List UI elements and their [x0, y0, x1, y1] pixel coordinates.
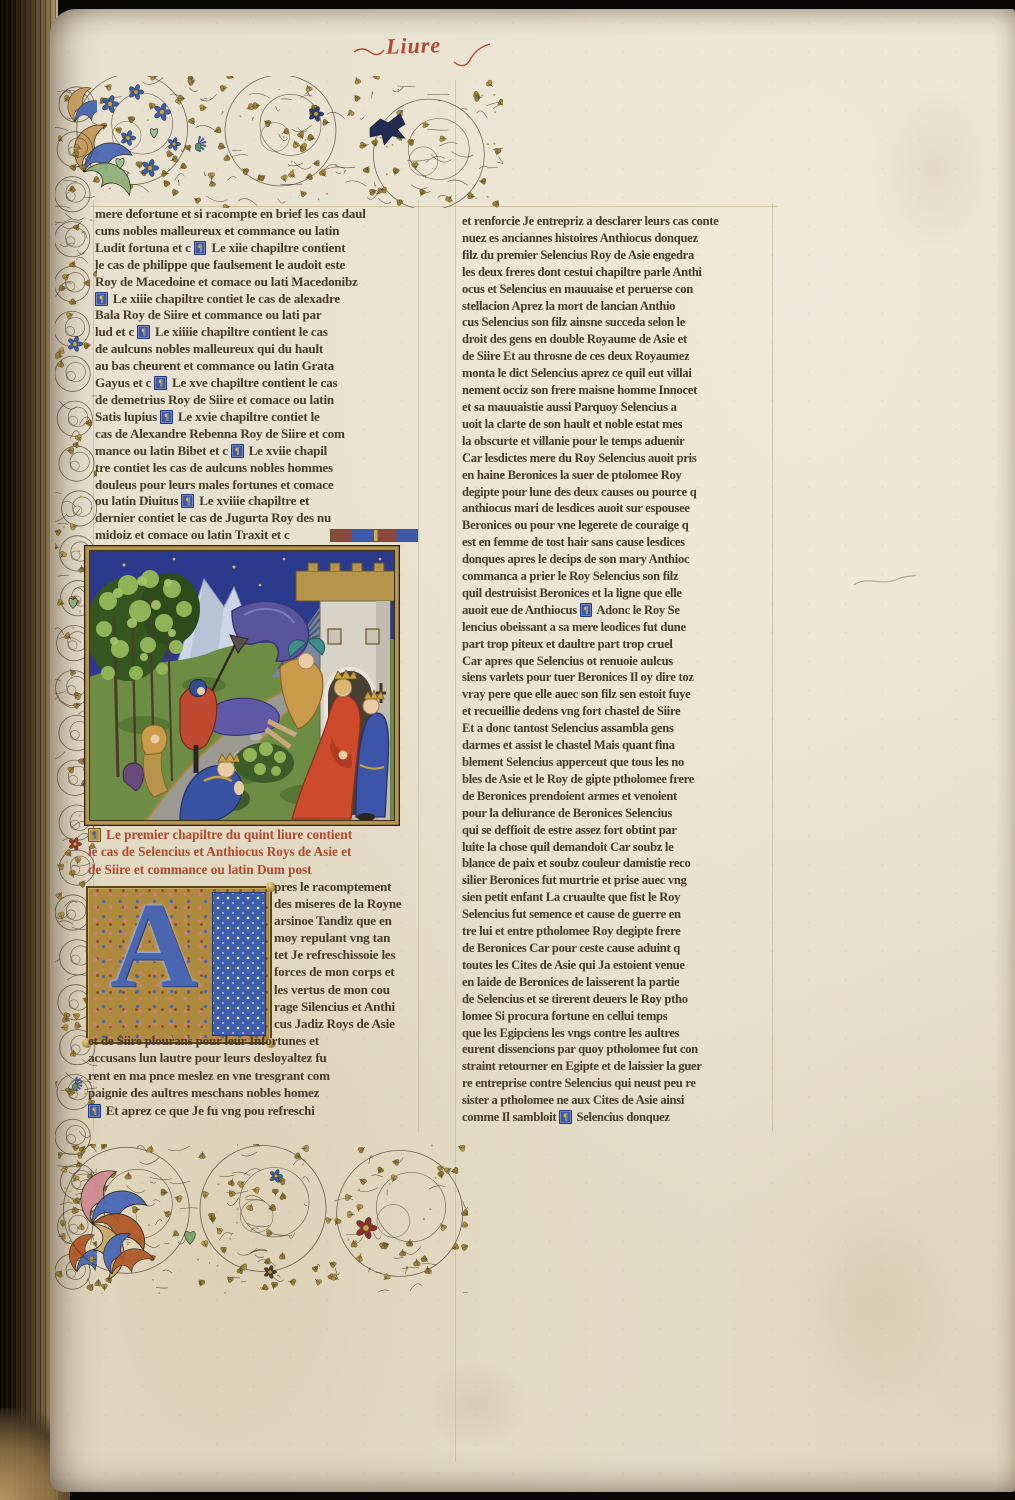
champ-initial: ¶ [181, 494, 194, 508]
text-line: ¶ Le xiiie chapiltre contiet le cas de a… [95, 291, 421, 308]
champ-initial: ¶ [95, 292, 108, 306]
vine-border-bottom [58, 1144, 468, 1294]
text-line: et recueillie dedens vng fort chastel de… [462, 703, 780, 720]
text-line: de demetrius Roy de Siire et comace ou l… [95, 392, 421, 409]
text-line: cus Jadiz Roys de Asie [274, 1015, 422, 1032]
champ-initial: ¶ [154, 376, 167, 390]
manuscript-photo: Liure mere defortune et si racompte en b… [0, 0, 1015, 1500]
text-line: dernier contiet le cas de Jugurta Roy de… [95, 510, 421, 527]
illuminated-initial: A [86, 886, 272, 1044]
text-line: toutes les Cites de Asie qui Ja estoient… [462, 957, 780, 974]
text-line: Ludit fortuna et c ¶ Le xiie chapiltre c… [95, 240, 421, 257]
text-line: de Siire Et au throsne de ces deux Royau… [462, 348, 780, 365]
text-line: et sa mauuaistie aussi Parquoy Selencius… [462, 399, 780, 416]
text-line: tre lui et entre ptholomee Roy degipte f… [462, 923, 780, 940]
champ-initial: ¶ [88, 1104, 101, 1118]
text-line: anthiocus mari de lesdices auoit sur esp… [462, 500, 780, 517]
champ-initial: ¶ [160, 410, 173, 424]
incipit-beside-lines: pres le racomptementdes miseres de la Ro… [274, 878, 422, 1034]
text-line: sien petit enfant La cruaulte que fist l… [462, 889, 780, 906]
text-line: Selencius fut semence et cause de guerre… [462, 906, 780, 923]
text-line: Satis lupius ¶ Le xvie chapiltre contiet… [95, 409, 421, 426]
text-line: en laide de Beronices de laisserent la p… [462, 974, 780, 991]
text-line: est en femme de tost hair sans cause les… [462, 534, 780, 551]
text-line: comme Il sambloit ¶ Selencius donquez [462, 1109, 780, 1126]
text-line: les vertus de mon cou [274, 981, 422, 998]
miniature [84, 545, 400, 826]
champ-initial: ¶ [194, 241, 207, 255]
text-line: re entreprise contre Selencius qui neust… [462, 1075, 780, 1092]
text-line: rent en ma pnce meslez en vne tresgrant … [88, 1067, 422, 1084]
text-line: Car apres que Selencius ot renuoie aulcu… [462, 653, 780, 670]
text-line: quil destruisist Beronices et la ligne q… [462, 585, 780, 602]
text-line: siens varlets pour tuer Beronices Il oy … [462, 669, 780, 686]
text-line: de Selencius et se tirerent deuers le Ro… [462, 991, 780, 1008]
champ-initial: ¶ [231, 444, 244, 458]
running-title: Liure [386, 32, 442, 59]
title-flourish [452, 40, 492, 70]
chapter-list-column: mere defortune et si racompte en brief l… [95, 206, 421, 548]
text-line: uoit la clarte de son hault et noble est… [462, 416, 780, 433]
rubric-block: ¶ Le premier chapiltre du quint liure co… [88, 826, 422, 882]
text-line: degipte pour lune des deux causes ou pou… [462, 484, 780, 501]
text-line: blement Selencius apperceut que tous les… [462, 754, 780, 771]
text-line: silier Beronices fut murtrie et prise au… [462, 872, 780, 889]
text-line: cas de Alexandre Rebenna Roy de Siire et… [95, 426, 421, 443]
text-line: douleus pour leurs males fortunes et com… [95, 477, 421, 494]
text-line: ¶ Et aprez ce que Je fu vng pou refresch… [88, 1102, 422, 1119]
text-line: Beronices ou pour vne legerete de courai… [462, 517, 780, 534]
text-line: les deux freres dont cestui chapiltre pa… [462, 264, 780, 281]
text-line: tre contiet les cas de aulcuns nobles ho… [95, 460, 421, 477]
text-line: vray pere que elle auec son filz sen est… [462, 686, 780, 703]
text-line: Roy de Macedoine et comace ou lati Maced… [95, 274, 421, 291]
marginal-mark [850, 565, 920, 593]
text-line: arsinoe Tandiz que en [274, 912, 422, 929]
text-line: paignie des aultres meschans nobles home… [88, 1084, 422, 1101]
text-line: de Beronices prendoient armes et venoien… [462, 788, 780, 805]
text-line: et renforcie Je entrepriz a desclarer le… [462, 213, 780, 230]
text-line: au bas cheurent et commance ou latin Gra… [95, 358, 421, 375]
text-line: accusans lun lautre pour leurs desloyalt… [88, 1049, 422, 1066]
text-line: tet Je refreschissoie les [274, 946, 422, 963]
text-line: nuez es anciannes histoires Anthiocus do… [462, 230, 780, 247]
text-line: que les Egipciens les vngs contre les au… [462, 1025, 780, 1042]
text-line: pres le racomptement [274, 878, 422, 895]
text-line: des miseres de la Royne [274, 895, 422, 912]
text-line: ocus et Selencius en mauuaise et peruers… [462, 281, 780, 298]
text-line: Car lesdictes mere du Roy Selencius auoi… [462, 450, 780, 467]
text-line: Bala Roy de Siire et commance ou lati pa… [95, 307, 421, 324]
text-line: sister a ptholomee ne aux Cites de Asie … [462, 1092, 780, 1109]
text-line: commanca a prier le Roy Selencius son fi… [462, 568, 780, 585]
text-line: lud et c ¶ Le xiiiie chapiltre contient … [95, 324, 421, 341]
vine-border-top [58, 76, 503, 208]
text-line: straint retourner en Egipte et de laissi… [462, 1058, 780, 1075]
text-line: monta le dict Selencius aprez ce quil eu… [462, 365, 780, 382]
champ-initial: ¶ [580, 603, 593, 617]
text-line: darmes et assist le chastel Mais quant f… [462, 737, 780, 754]
text-line: pour la deliurance de Beronices Selenciu… [462, 805, 780, 822]
text-line: et de Siire plourans pour leur Infortune… [88, 1032, 422, 1049]
text-line: en haine Beronices la suer de ptolomee R… [462, 467, 780, 484]
text-line: moy repulant vng tan [274, 929, 422, 946]
text-line: lencius obeissant a sa mere leodices fut… [462, 619, 780, 636]
text-line: ou latin Diuitus ¶ Le xviiie chapiltre e… [95, 493, 421, 510]
text-line: part trop piteux et daultre part trop cr… [462, 636, 780, 653]
text-line: cuns nobles malleureux et commance ou la… [95, 223, 421, 240]
right-text-column: et renforcie Je entrepriz a desclarer le… [462, 213, 780, 1131]
champ-initial: ¶ [559, 1110, 572, 1124]
text-line: Gayus et c ¶ Le xve chapiltre contient l… [95, 375, 421, 392]
text-line: le cas de Selencius et Anthiocus Roys de… [88, 843, 422, 860]
text-line: rage Silencius et Anthi [274, 998, 422, 1015]
initial-diaper-panel [212, 892, 266, 1036]
text-line: mance ou latin Bibet et c ¶ Le xviie cha… [95, 443, 421, 460]
line-filler [330, 529, 418, 542]
text-line: la obscurte et villanie pour le temps ad… [462, 433, 780, 450]
text-line: mere defortune et si racompte en brief l… [95, 206, 421, 223]
text-line: forces de mon corps et [274, 963, 422, 980]
text-line: filz du premier Selencius Roy de Asie en… [462, 247, 780, 264]
title-flourish [352, 44, 386, 58]
text-line: donques apres le decips de son mary Anth… [462, 551, 780, 568]
text-line: eurent dissencions par quoy ptholomee fu… [462, 1041, 780, 1058]
text-line: droit des gens en double Royaume de Asie… [462, 331, 780, 348]
champ-initial: ¶ [88, 828, 101, 842]
text-line: cus Selencius son filz ainsne succeda se… [462, 314, 780, 331]
text-line: de aulcuns nobles malleureux qui du haul… [95, 341, 421, 358]
text-line: blance de paix et soubz couleur damistie… [462, 855, 780, 872]
text-line: luite la chose quil demandoit Car soubz … [462, 839, 780, 856]
text-line: lomee Si procura fortune en cellui temps [462, 1008, 780, 1025]
text-line: Et a donc tantost Selencius assambla gen… [462, 720, 780, 737]
text-line: bles de Asie et le Roy de gipte ptholome… [462, 771, 780, 788]
text-line: le cas de philippe que faulsement le aud… [95, 257, 421, 274]
text-line: de Beronices Car pour ceste cause aduint… [462, 940, 780, 957]
text-line: qui se deffioit de estre assez fort obti… [462, 822, 780, 839]
champ-initial: ¶ [137, 325, 150, 339]
incipit-full-lines: et de Siire plourans pour leur Infortune… [88, 1032, 422, 1122]
text-line: auoit eue de Anthiocus ¶ Adonc le Roy Se [462, 602, 780, 619]
initial-letter: A [94, 876, 214, 1016]
text-line: ¶ Le premier chapiltre du quint liure co… [88, 826, 422, 843]
text-line: stellacion Aprez la mort de lancian Anth… [462, 298, 780, 315]
text-line: nement occiz son frere maisne homme Inno… [462, 382, 780, 399]
